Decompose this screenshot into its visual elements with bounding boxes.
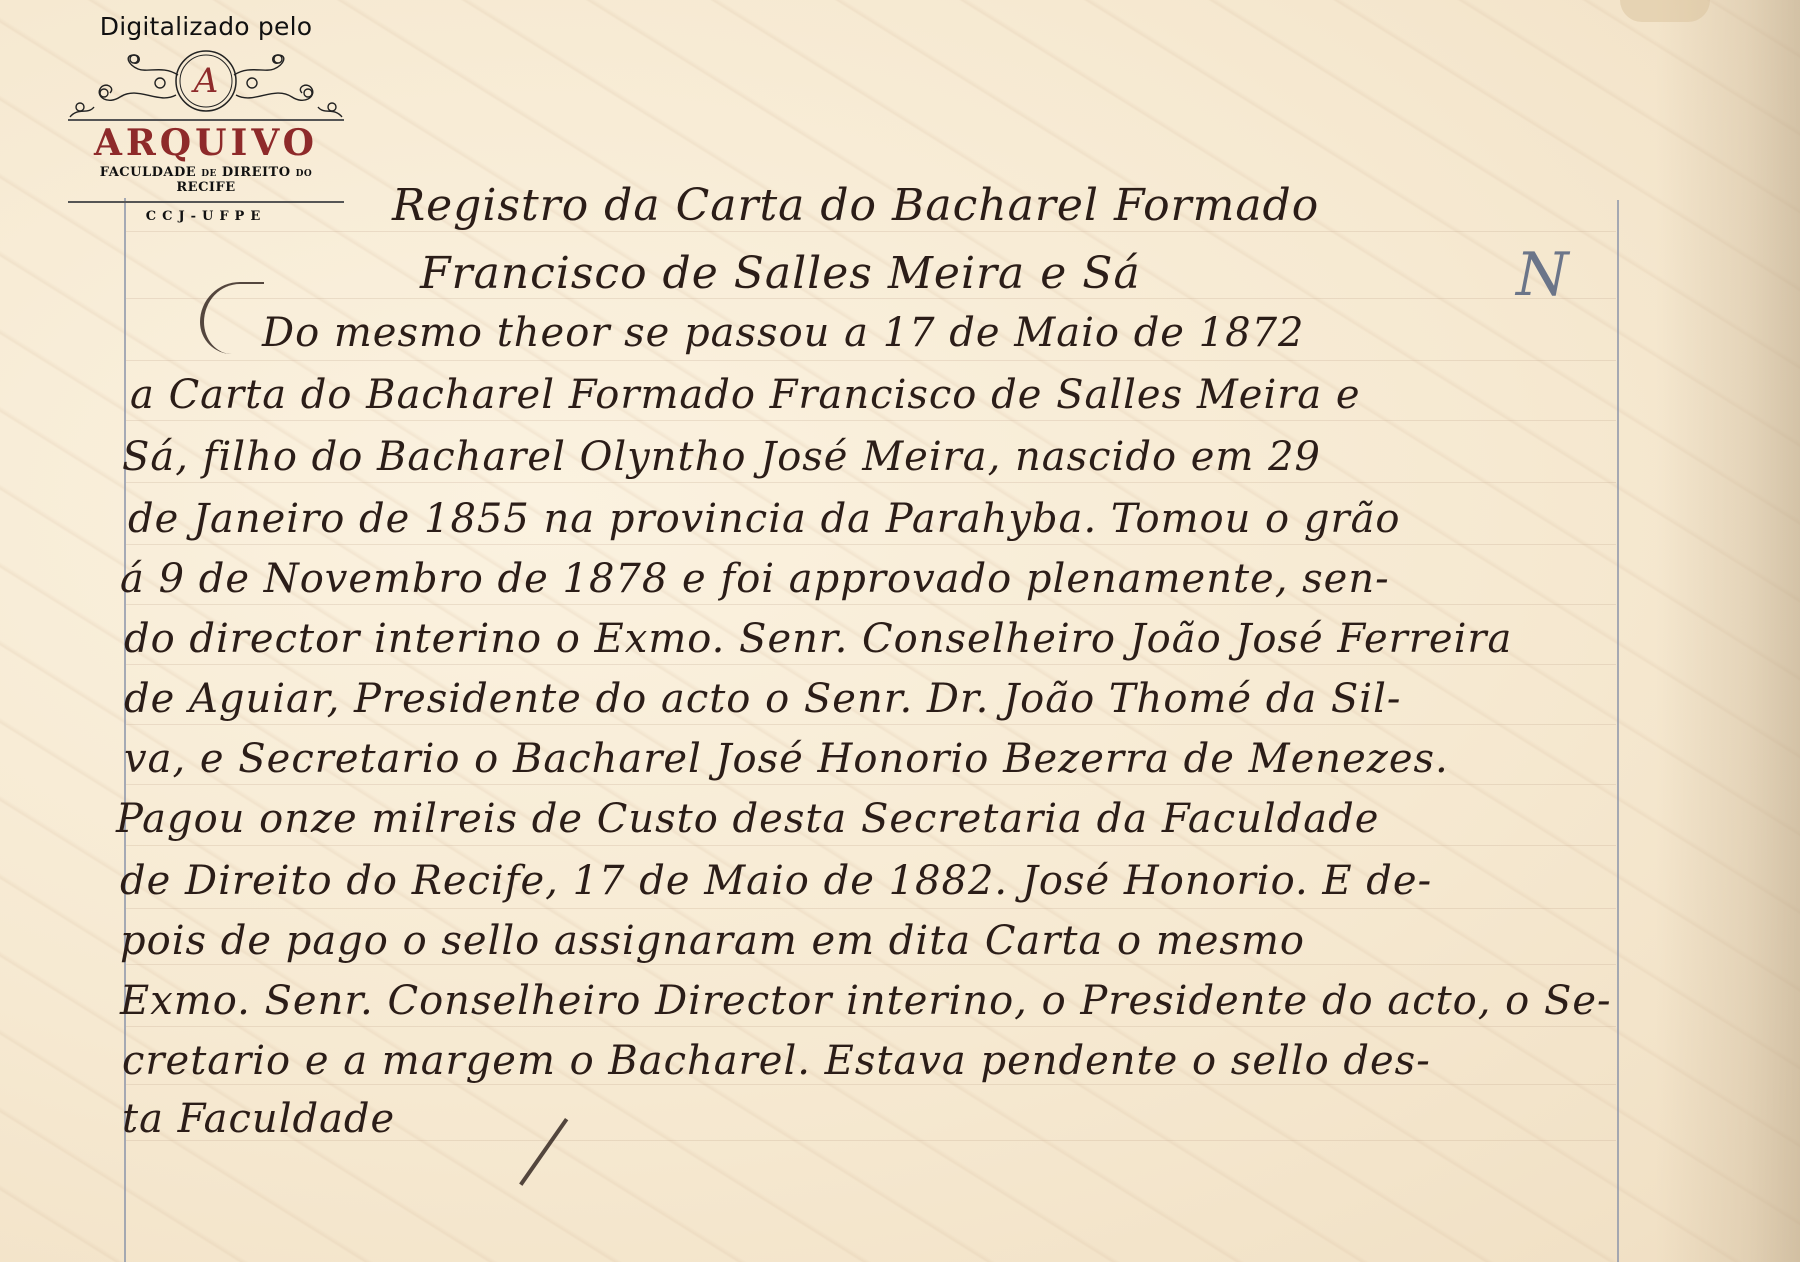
ornament-emblem-icon: A	[68, 45, 344, 119]
ruled-line	[126, 664, 1616, 665]
text-line: de Aguiar, Presidente do acto o Senr. Dr…	[124, 676, 1401, 722]
archive-watermark: Digitalizado pelo A ARQUIVO FACULDADE DE	[68, 12, 344, 224]
ruled-line	[126, 231, 1616, 232]
ruled-line	[126, 964, 1616, 965]
manuscript-page: Digitalizado pelo A ARQUIVO FACULDADE DE	[0, 0, 1800, 1262]
water-stain	[1620, 0, 1710, 22]
text-line: ta Faculdade	[122, 1096, 395, 1142]
watermark-faculty: FACULDADE DE DIREITO DO RECIFE	[68, 165, 344, 195]
watermark-caption: Digitalizado pelo	[68, 12, 344, 41]
ruled-line	[126, 1026, 1616, 1027]
pencil-margin-note: N	[1516, 240, 1569, 310]
watermark-institution: CCJ-UFPE	[68, 209, 344, 224]
ruled-line	[126, 1084, 1616, 1085]
text-line: de Janeiro de 1855 na provincia da Parah…	[128, 496, 1401, 542]
text-line: a Carta do Bacharel Formado Francisco de…	[130, 372, 1361, 418]
text-line: de Direito do Recife, 17 de Maio de 1882…	[120, 858, 1432, 904]
ruled-line	[126, 420, 1616, 421]
text-line: Do mesmo theor se passou a 17 de Maio de…	[262, 310, 1304, 356]
ruled-line	[126, 544, 1616, 545]
ruled-line	[126, 360, 1616, 361]
svg-text:A: A	[191, 61, 219, 101]
text-line: Sá, filho do Bacharel Olyntho José Meira…	[122, 434, 1321, 480]
ruled-line	[126, 482, 1616, 483]
ruled-line	[126, 784, 1616, 785]
closing-flourish	[519, 1118, 568, 1186]
text-line: Exmo. Senr. Conselheiro Director interin…	[120, 978, 1612, 1024]
text-line: va, e Secretario o Bacharel José Honorio…	[124, 736, 1449, 782]
text-line: cretario e a margem o Bacharel. Estava p…	[122, 1038, 1431, 1084]
watermark-name: ARQUIVO	[68, 121, 344, 165]
document-title: Registro da Carta do Bacharel Formado	[392, 180, 1319, 231]
ruled-line	[126, 908, 1616, 909]
text-line: á 9 de Novembro de 1878 e foi approvado …	[120, 556, 1390, 602]
text-line: Pagou onze milreis de Custo desta Secret…	[116, 796, 1379, 842]
text-line: do director interino o Exmo. Senr. Conse…	[124, 616, 1512, 662]
ruled-line	[126, 724, 1616, 725]
paragraph-flourish	[200, 282, 264, 354]
right-margin-line	[1617, 200, 1619, 1262]
watermark-divider	[68, 201, 344, 203]
ruled-line	[126, 604, 1616, 605]
ruled-line	[126, 845, 1616, 846]
text-line: pois de pago o sello assignaram em dita …	[120, 918, 1305, 964]
document-subtitle: Francisco de Salles Meira e Sá	[420, 248, 1141, 299]
